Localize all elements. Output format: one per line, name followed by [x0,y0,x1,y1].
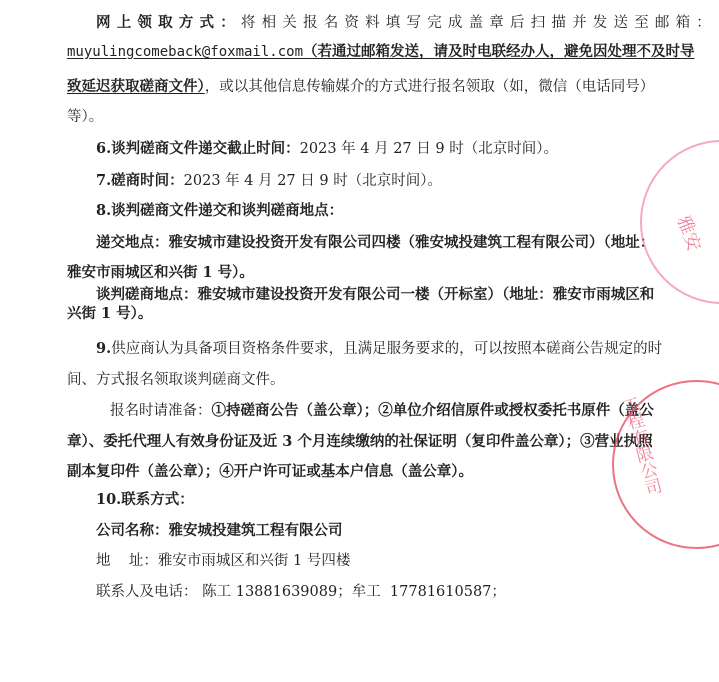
prepare-line1: 报名时请准备：①持磋商公告（盖公章）；②单位介绍信原件或授权委托书原件（盖公 [110,401,654,421]
prepare-label: 报名时请准备： [110,403,212,419]
online-method-text: 将相关报名资料填写完成盖章后扫描并发送至邮箱： [241,15,717,31]
item-6-value: 2023 年 4 月 27 日 9 时（北京时间）。 [300,141,558,157]
email-note-end: 致延迟获取磋商文件） [67,78,205,95]
online-method-line2: muyulingcomeback@foxmail.com（若通过邮箱发送，请及时… [67,42,695,62]
item-9-text: 供应商认为具备项目资格条件要求，且满足服务要求的，可以按照本磋商公告规定的时 [111,341,662,357]
online-alt-text: ，或以其他信息传输媒介的方式进行报名领取（如，微信（电话同号） [205,79,655,95]
item-10: 10.联系方式： [96,490,194,510]
item-7: 7.磋商时间：2023 年 4 月 27 日 9 时（北京时间）。 [96,171,442,191]
item-7-label: 7.磋商时间： [96,172,184,189]
online-method-line4: 等）。 [67,107,103,127]
negotiate-place-line1: 谈判磋商地点：雅安城市建设投资开发有限公司一楼（开标室）（地址：雅安市雨城区和 [96,285,654,305]
email-link[interactable]: muyulingcomeback@foxmail.com [67,44,303,60]
item-6: 6.谈判磋商文件递交截止时间：2023 年 4 月 27 日 9 时（北京时间）… [96,139,558,159]
seal-text-top: 雅安 [672,212,709,255]
email-note: （若通过邮箱发送，请及时电联经办人，避免因处理不及时导 [303,43,695,60]
item-6-label: 6.谈判磋商文件递交截止时间： [96,140,300,157]
prepare-items-1: ①持磋商公告（盖公章）；②单位介绍信原件或授权委托书原件（盖公 [212,402,654,419]
online-method-label: 网上领取方式： [96,14,241,31]
item-9-line1: 9.供应商认为具备项目资格条件要求，且满足服务要求的，可以按照本磋商公告规定的时 [96,339,662,359]
negotiate-place-line2: 兴街 1 号）。 [67,304,152,324]
prepare-line3: 副本复印件（盖公章）；④开户许可证或基本户信息（盖公章）。 [67,462,473,482]
submit-place-line2: 雅安市雨城区和兴街 1 号）。 [67,263,254,283]
item-9-line2: 间、方式报名领取谈判磋商文件。 [67,370,285,390]
contact-company: 公司名称：雅安城投建筑工程有限公司 [96,521,343,541]
item-7-value: 2023 年 4 月 27 日 9 时（北京时间）。 [184,173,442,189]
online-method-line1: 网上领取方式：将相关报名资料填写完成盖章后扫描并发送至邮箱： [96,13,717,33]
contact-phone-label: 联系人及电话： [96,584,198,600]
online-method-end: 等）。 [67,109,103,125]
item-9-number: 9. [96,340,111,357]
prepare-line2: 章）、委托代理人有效身份证及近 3 个月连续缴纳的社保证明（复印件盖公章）；③营… [67,432,653,452]
contact-phone-value: 陈工 13881639089；牟工 17781610587； [198,584,506,600]
online-method-line3: 致延迟获取磋商文件），或以其他信息传输媒介的方式进行报名领取（如，微信（电话同号… [67,77,654,97]
item-8: 8.谈判磋商文件递交和谈判磋商地点： [96,201,343,221]
item-8-label: 8.谈判磋商文件递交和谈判磋商地点： [96,202,343,219]
contact-phone: 联系人及电话： 陈工 13881639089；牟工 17781610587； [96,582,506,602]
contact-address: 地 址：雅安市雨城区和兴街 1 号四楼 [96,551,350,571]
submit-place-line1: 递交地点：雅安城市建设投资开发有限公司四楼（雅安城投建筑工程有限公司）（地址： [96,233,654,253]
